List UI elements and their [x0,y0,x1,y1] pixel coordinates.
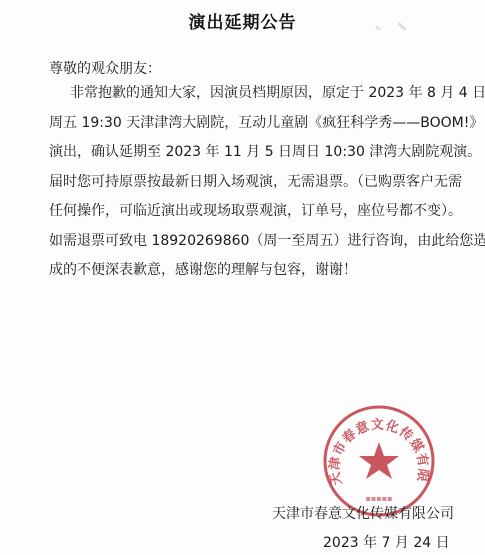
page-title: 演出延期公告 [0,8,485,33]
body-line: 任何操作，可临近演出或现场取票观演，订单号，座位号都不变）。 [49,201,454,231]
body-line: 非常抱歉的通知大家，因演员档期原因，原定于 2023 年 8 月 4 日 [49,83,454,113]
star-icon [359,442,399,479]
body-line: 周五 19:30 天津津湾大剧院，互动儿童剧《疯狂科学秀——BOOM!》 [49,113,454,143]
body-line: 届时您可持原票按最新日期入场观演，无需退票。（已购票客户无需 [49,172,454,202]
company-signature: 天津市春意文化传媒有限公司 [272,503,454,523]
seal-text: 天津市春意文化传媒有限公司 [322,404,431,487]
svg-text:▪▪▪▪▪: ▪▪▪▪▪ [365,494,392,503]
salutation: 尊敬的观众朋友： [49,58,161,78]
announcement-page: 演出延期公告 尊敬的观众朋友： 非常抱歉的通知大家，因演员档期原因，原定于 20… [0,0,485,555]
body-line: 演出，确认延期至 2023 年 11 月 5 日周日 10:30 津湾大剧院观演… [49,142,454,172]
svg-text:天津市春意文化传媒有限公司: 天津市春意文化传媒有限公司 [322,404,431,487]
announcement-body: 非常抱歉的通知大家，因演员档期原因，原定于 2023 年 8 月 4 日 周五 … [49,83,454,290]
body-line: 成的不便深表歉意，感谢您的理解与包容，谢谢！ [49,260,454,290]
seal-graphic: 天津市春意文化传媒有限公司 ▪▪▪▪▪ [322,404,436,518]
announcement-date: 2023 年 7 月 24 日 [323,532,450,552]
body-line: 如需退票可致电 18920269860（周一至周五）进行咨询，由此给您造 [49,231,454,261]
company-seal: 天津市春意文化传媒有限公司 ▪▪▪▪▪ [322,404,436,518]
